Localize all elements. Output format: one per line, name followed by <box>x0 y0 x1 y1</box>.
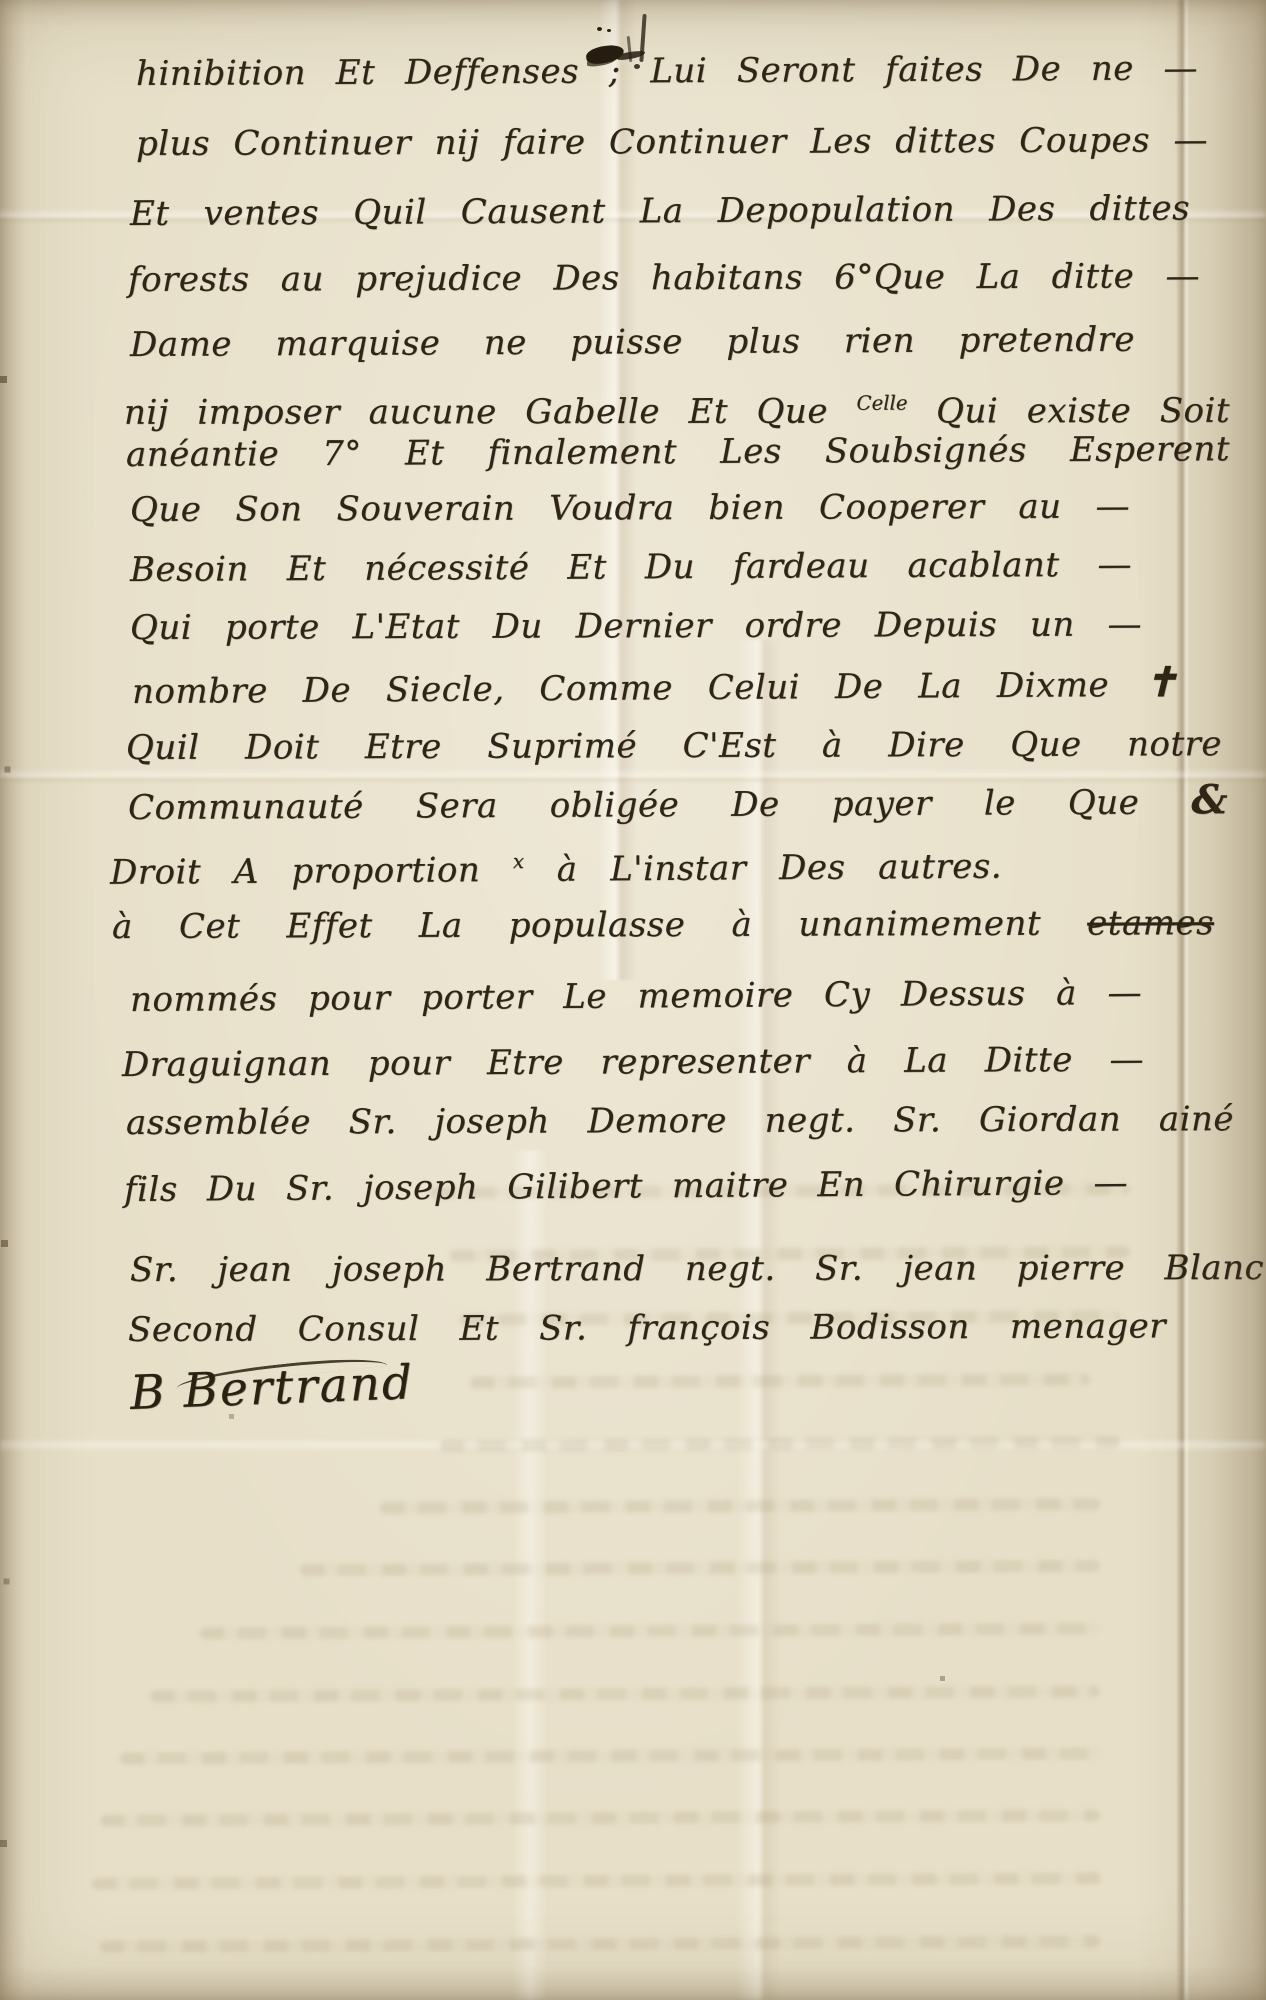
manuscript-line-2: plus Continuer nij faire Continuer Les d… <box>136 118 1208 166</box>
bleedthrough-ghost-line <box>200 1623 1100 1640</box>
manuscript-text: nommés pour porter Le memoire Cy Dessus … <box>130 973 1142 1020</box>
scan-edge-specks <box>0 0 3 3</box>
manuscript-text: Que Son Souverain Voudra bien Cooperer a… <box>130 487 1130 530</box>
superscript-insertion: Celle <box>856 392 907 415</box>
manuscript-line-5: Dame marquise ne puisse plus rien preten… <box>130 318 1135 367</box>
manuscript-text: nombre De Siecle, Comme Celui De La Dixm… <box>132 665 1109 712</box>
manuscript-line-3: Et ventes Quil Causent La Depopulation D… <box>130 186 1190 236</box>
manuscript-text: anéantie 7° Et finalement Les Soubsignés… <box>126 429 1230 475</box>
manuscript-text: Qui existe Soit <box>936 391 1230 432</box>
manuscript-line-8: Que Son Souverain Voudra bien Cooperer a… <box>130 485 1130 532</box>
manuscript-text: plus Continuer nij faire Continuer Les d… <box>136 120 1208 164</box>
manuscript-text: ✝ <box>1144 659 1178 706</box>
manuscript-text: Draguignan pour Etre representer à La Di… <box>122 1040 1144 1085</box>
manuscript-line-20: Sr. jean joseph Bertrand negt. Sr. jean … <box>130 1246 1264 1292</box>
bleedthrough-ghost-line <box>440 1436 1120 1452</box>
manuscript-line-12: Quil Doit Etre Suprimé C'Est à Dire Que … <box>126 722 1222 770</box>
manuscript-line-11: nombre De Siecle, Comme Celui De La Dixm… <box>132 661 1178 714</box>
manuscript-text: Besoin Et nécessité Et Du fardeau acabla… <box>130 545 1132 590</box>
ink-spatter-dot <box>597 27 602 31</box>
bleedthrough-ghost-line <box>470 1373 1090 1388</box>
manuscript-line-19: fils Du Sr. joseph Gilibert maitre En Ch… <box>124 1161 1128 1212</box>
manuscript-text: assemblée Sr. joseph Demore negt. Sr. Gi… <box>126 1099 1234 1143</box>
manuscript-line-16: nommés pour porter Le memoire Cy Dessus … <box>130 971 1142 1022</box>
manuscript-line-17: Draguignan pour Etre representer à La Di… <box>122 1038 1144 1087</box>
bleedthrough-ghost-line <box>120 1747 1100 1764</box>
superscript-insertion: x <box>513 850 524 873</box>
right-edge-crease <box>1176 0 1190 2000</box>
bleedthrough-ghost-line <box>300 1560 1100 1576</box>
bleedthrough-ghost-line <box>100 1935 1100 1952</box>
manuscript-line-6: nij imposer aucune Gabelle Et Que Celle … <box>124 381 1230 435</box>
signature: B Bertrand <box>129 1355 415 1421</box>
manuscript-page: hinibition Et Deffenses ; Lui Seront fai… <box>0 0 1266 2000</box>
bleedthrough-ghost-line <box>150 1686 1100 1703</box>
manuscript-text: forests au prejudice Des habitans 6°Que … <box>128 256 1200 300</box>
manuscript-text: Communauté Sera obligée De payer le Que <box>128 783 1139 828</box>
manuscript-text: Droit A proportion <box>110 850 481 893</box>
manuscript-text: nij imposer aucune Gabelle Et Que <box>124 392 828 433</box>
manuscript-text: Sr. jean joseph Bertrand negt. Sr. jean … <box>130 1248 1264 1290</box>
manuscript-text: fils Du Sr. joseph Gilibert maitre En Ch… <box>124 1163 1128 1210</box>
manuscript-text: Quil Doit Etre Suprimé C'Est à Dire Que … <box>126 724 1222 768</box>
struck-word: etames <box>1087 903 1214 943</box>
bleedthrough-ghost-line <box>92 1872 1102 1889</box>
manuscript-text: Dame marquise ne puisse plus rien preten… <box>130 320 1135 365</box>
manuscript-line-13: Communauté Sera obligée De payer le Que … <box>128 778 1228 830</box>
manuscript-line-14: Droit A proportion x à L'instar Des autr… <box>110 837 1002 895</box>
manuscript-line-1: hinibition Et Deffenses ; Lui Seront fai… <box>136 46 1198 96</box>
manuscript-line-18: assemblée Sr. joseph Demore negt. Sr. Gi… <box>126 1097 1234 1145</box>
manuscript-line-10: Qui porte L'Etat Du Dernier ordre Depuis… <box>130 602 1142 650</box>
bleedthrough-ghost-line <box>100 1809 1100 1826</box>
manuscript-line-4: forests au prejudice Des habitans 6°Que … <box>128 254 1200 302</box>
manuscript-line-21: Second Consul Et Sr. françois Bodisson m… <box>128 1304 1166 1352</box>
manuscript-text: Second Consul Et Sr. françois Bodisson m… <box>128 1306 1166 1350</box>
bleedthrough-ghost-line <box>380 1498 1100 1514</box>
manuscript-text: à L'instar Des autres. <box>557 847 1003 890</box>
ink-spatter-dot <box>607 29 611 32</box>
manuscript-text: Qui porte L'Etat Du Dernier ordre Depuis… <box>130 604 1142 648</box>
manuscript-line-15: à Cet Effet La populasse à unanimement e… <box>112 901 1214 949</box>
manuscript-line-7: anéantie 7° Et finalement Les Soubsignés… <box>126 427 1230 477</box>
horizontal-fold-crease <box>0 1438 1266 1452</box>
manuscript-text: hinibition Et Deffenses ; Lui Seront fai… <box>136 48 1198 94</box>
manuscript-line-9: Besoin Et nécessité Et Du fardeau acabla… <box>130 543 1132 592</box>
manuscript-text: à Cet Effet La populasse à unanimement <box>112 904 1041 947</box>
manuscript-text: Et ventes Quil Causent La Depopulation D… <box>130 188 1190 234</box>
manuscript-text: & <box>1191 776 1228 823</box>
